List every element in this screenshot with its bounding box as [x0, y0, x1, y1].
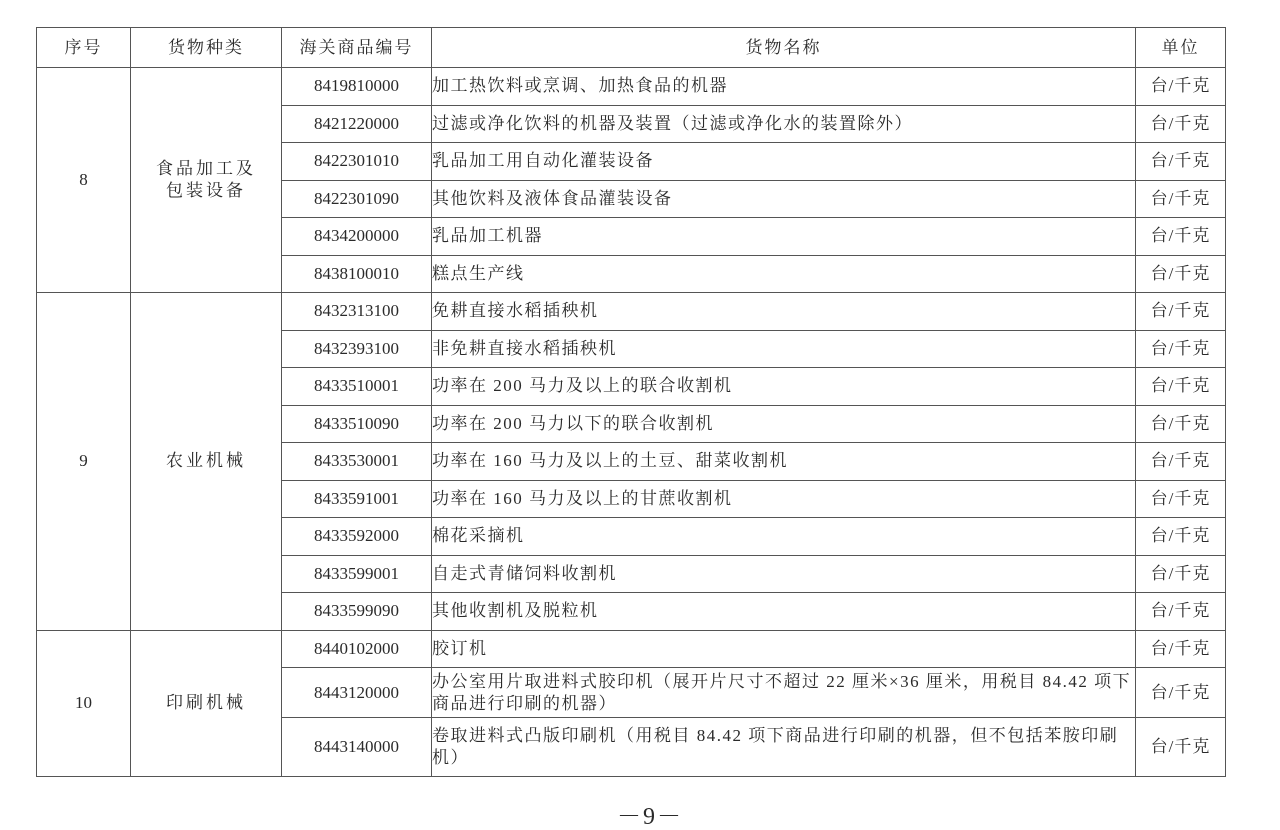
unit-cell: 台/千克 — [1136, 143, 1226, 181]
goods-name-cell: 功率在 200 马力以下的联合收割机 — [432, 405, 1136, 443]
serial-no-cell: 9 — [37, 293, 131, 631]
goods-name-cell: 其他收割机及脱粒机 — [432, 593, 1136, 631]
unit-cell: 台/千克 — [1136, 668, 1226, 718]
hs-code-cell: 8433510090 — [282, 405, 432, 443]
hs-code-cell: 8432393100 — [282, 330, 432, 368]
category-cell: 印刷机械 — [131, 630, 282, 777]
goods-name-cell: 乳品加工用自动化灌装设备 — [432, 143, 1136, 181]
goods-name-cell: 卷取进料式凸版印刷机（用税目 84.42 项下商品进行印刷的机器，但不包括苯胺印… — [432, 718, 1136, 777]
goods-name-cell: 功率在 160 马力及以上的甘蔗收割机 — [432, 480, 1136, 518]
hs-code-cell: 8433592000 — [282, 518, 432, 556]
goods-name-cell: 非免耕直接水稻插秧机 — [432, 330, 1136, 368]
hs-code-cell: 8433530001 — [282, 443, 432, 481]
goods-name-cell: 棉花采摘机 — [432, 518, 1136, 556]
header-hs-code: 海关商品编号 — [282, 28, 432, 68]
hs-code-cell: 8419810000 — [282, 68, 432, 106]
unit-cell: 台/千克 — [1136, 293, 1226, 331]
goods-name-cell: 免耕直接水稻插秧机 — [432, 293, 1136, 331]
unit-cell: 台/千克 — [1136, 405, 1226, 443]
hs-code-cell: 8422301090 — [282, 180, 432, 218]
hs-code-cell: 8443140000 — [282, 718, 432, 777]
table-row: 8食品加工及 包装设备8419810000加工热饮料或烹调、加热食品的机器台/千… — [37, 68, 1226, 106]
unit-cell: 台/千克 — [1136, 68, 1226, 106]
hs-code-cell: 8421220000 — [282, 105, 432, 143]
hs-code-cell: 8433599090 — [282, 593, 432, 631]
hs-code-cell: 8432313100 — [282, 293, 432, 331]
unit-cell: 台/千克 — [1136, 718, 1226, 777]
goods-name-cell: 过滤或净化饮料的机器及装置（过滤或净化水的装置除外） — [432, 105, 1136, 143]
hs-code-cell: 8433510001 — [282, 368, 432, 406]
unit-cell: 台/千克 — [1136, 255, 1226, 293]
hs-code-cell: 8433591001 — [282, 480, 432, 518]
page-number: －9－ — [0, 796, 1280, 830]
hs-code-cell: 8433599001 — [282, 555, 432, 593]
goods-name-cell: 乳品加工机器 — [432, 218, 1136, 256]
category-cell: 农业机械 — [131, 293, 282, 631]
unit-cell: 台/千克 — [1136, 368, 1226, 406]
goods-name-cell: 功率在 200 马力及以上的联合收割机 — [432, 368, 1136, 406]
header-serial-no: 序号 — [37, 28, 131, 68]
goods-name-cell: 加工热饮料或烹调、加热食品的机器 — [432, 68, 1136, 106]
goods-name-cell: 糕点生产线 — [432, 255, 1136, 293]
table-row: 9农业机械8432313100免耕直接水稻插秧机台/千克 — [37, 293, 1226, 331]
unit-cell: 台/千克 — [1136, 630, 1226, 668]
unit-cell: 台/千克 — [1136, 443, 1226, 481]
hs-code-cell: 8440102000 — [282, 630, 432, 668]
table-row: 10印刷机械8440102000胶订机台/千克 — [37, 630, 1226, 668]
unit-cell: 台/千克 — [1136, 555, 1226, 593]
unit-cell: 台/千克 — [1136, 330, 1226, 368]
unit-cell: 台/千克 — [1136, 105, 1226, 143]
serial-no-cell: 10 — [37, 630, 131, 777]
unit-cell: 台/千克 — [1136, 218, 1226, 256]
hs-code-cell: 8443120000 — [282, 668, 432, 718]
hs-code-cell: 8438100010 — [282, 255, 432, 293]
goods-name-cell: 办公室用片取进料式胶印机（展开片尺寸不超过 22 厘米×36 厘米，用税目 84… — [432, 668, 1136, 718]
unit-cell: 台/千克 — [1136, 593, 1226, 631]
hs-code-cell: 8422301010 — [282, 143, 432, 181]
serial-no-cell: 8 — [37, 68, 131, 293]
hs-code-cell: 8434200000 — [282, 218, 432, 256]
category-cell: 食品加工及 包装设备 — [131, 68, 282, 293]
header-category: 货物种类 — [131, 28, 282, 68]
goods-name-cell: 胶订机 — [432, 630, 1136, 668]
unit-cell: 台/千克 — [1136, 518, 1226, 556]
header-goods-name: 货物名称 — [432, 28, 1136, 68]
goods-name-cell: 功率在 160 马力及以上的土豆、甜菜收割机 — [432, 443, 1136, 481]
goods-name-cell: 自走式青储饲料收割机 — [432, 555, 1136, 593]
header-unit: 单位 — [1136, 28, 1226, 68]
unit-cell: 台/千克 — [1136, 480, 1226, 518]
table-header-row: 序号 货物种类 海关商品编号 货物名称 单位 — [37, 28, 1226, 68]
goods-catalog-table: 序号 货物种类 海关商品编号 货物名称 单位 8食品加工及 包装设备841981… — [36, 27, 1226, 777]
goods-name-cell: 其他饮料及液体食品灌装设备 — [432, 180, 1136, 218]
unit-cell: 台/千克 — [1136, 180, 1226, 218]
